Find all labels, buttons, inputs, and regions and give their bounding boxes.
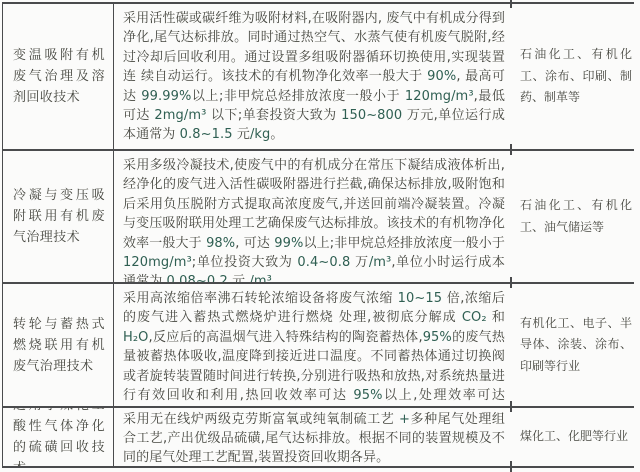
- technology-description-cell: 采用活性碳或碳纤维为吸附材料,在吸附器内, 废气中有机成分得到净化,尾气达标排放…: [114, 4, 511, 149]
- technology-description: 采用多级冷凝技术,使废气中的有机成分在常压下凝结成液体析出,经净化的废气进入活性…: [123, 156, 505, 282]
- applicable-industries: 有机化工、电子、半导体、涂装、涂布、印刷等行业: [520, 313, 632, 378]
- applicable-industries: 煤化工、化肥等行业: [520, 426, 632, 448]
- applicable-industries: 石油化工、有机化工、油气储运等: [520, 195, 632, 238]
- technology-description: 采用活性碳或碳纤维为吸附材料,在吸附器内, 废气中有机成分得到净化,尾气达标排放…: [123, 9, 505, 145]
- voc-treatment-technology-table: 变温吸附有机废气治理及溶剂回收技术 采用活性碳或碳纤维为吸附材料,在吸附器内, …: [2, 2, 634, 468]
- technology-name-cell: 变温吸附有机废气治理及溶剂回收技术: [3, 4, 114, 149]
- applicable-industries-cell: 有机化工、电子、半导体、涂装、涂布、印刷等行业: [511, 284, 634, 406]
- technology-description-cell: 采用无在线炉两级克劳斯富氧或纯氧制硫工艺 +多种尾气处理组合工艺,产出优级品硫磺…: [114, 408, 511, 466]
- table-row: 变温吸附有机废气治理及溶剂回收技术 采用活性碳或碳纤维为吸附材料,在吸附器内, …: [3, 4, 634, 151]
- column-divider-tick: [510, 277, 512, 288]
- technology-description-cell: 采用多级冷凝技术,使废气中的有机成分在常压下凝结成液体析出,经净化的废气进入活性…: [114, 151, 511, 282]
- technology-name-cell: 转轮与蓄热式燃烧联用有机废气治理技术: [3, 284, 114, 406]
- technology-name: 变温吸附有机废气治理及溶剂回收技术: [13, 45, 105, 108]
- column-divider-tick: [510, 144, 512, 155]
- applicable-industries: 石油化工、有机化工、涂布、印刷、制药、制革等: [520, 44, 632, 109]
- column-divider-tick: [510, 0, 512, 8]
- table-row: 适用于煤化工酸性气体净化的硫磺回收技术 采用无在线炉两级克劳斯富氧或纯氧制硫工艺…: [3, 408, 634, 468]
- technology-description: 采用高浓缩倍率沸石转轮浓缩设备将废气浓缩 10~15 倍,浓缩后的废气进入蓄热式…: [123, 289, 505, 406]
- technology-description-cell: 采用高浓缩倍率沸石转轮浓缩设备将废气浓缩 10~15 倍,浓缩后的废气进入蓄热式…: [114, 284, 511, 406]
- applicable-industries-cell: 石油化工、有机化工、涂布、印刷、制药、制革等: [511, 4, 634, 149]
- column-divider-tick: [510, 461, 512, 472]
- technology-name-cell: 冷凝与变压吸附联用有机废气治理技术: [3, 151, 114, 282]
- technology-name-cell: 适用于煤化工酸性气体净化的硫磺回收技术: [3, 408, 114, 466]
- technology-name: 适用于煤化工酸性气体净化的硫磺回收技术: [13, 408, 105, 466]
- table-row: 转轮与蓄热式燃烧联用有机废气治理技术 采用高浓缩倍率沸石转轮浓缩设备将废气浓缩 …: [3, 284, 634, 408]
- applicable-industries-cell: 石油化工、有机化工、油气储运等: [511, 151, 634, 282]
- technology-name: 冷凝与变压吸附联用有机废气治理技术: [13, 185, 105, 248]
- technology-description: 采用无在线炉两级克劳斯富氧或纯氧制硫工艺 +多种尾气处理组合工艺,产出优级品硫磺…: [123, 410, 505, 466]
- technology-name: 转轮与蓄热式燃烧联用有机废气治理技术: [13, 314, 105, 377]
- table-row: 冷凝与变压吸附联用有机废气治理技术 采用多级冷凝技术,使废气中的有机成分在常压下…: [3, 151, 634, 284]
- applicable-industries-cell: 煤化工、化肥等行业: [511, 408, 634, 466]
- column-divider-tick: [510, 401, 512, 412]
